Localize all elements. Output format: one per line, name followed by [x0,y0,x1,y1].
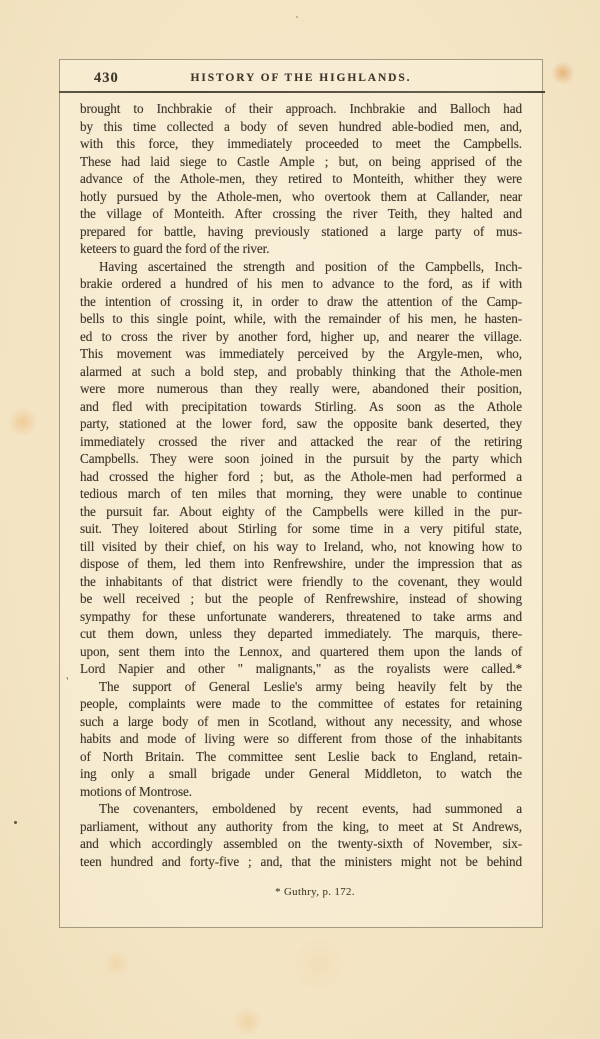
body-text: brought to Inchbrakie of their approach.… [80,100,522,870]
text-line: of North Britain. The committee sent Les… [80,748,522,766]
scanned-page: 430 HISTORY OF THE HIGHLANDS. brought to… [0,0,600,1039]
text-line: immediately crossed the river and attack… [80,433,522,451]
text-line: habits and mode of living were so differ… [80,730,522,748]
text-line: dispose of them, led them into Renfrewsh… [80,555,522,573]
paper-stain [290,935,348,993]
text-line: the inhabitants of that district were fr… [80,573,522,591]
text-line: ing only a small brigade under General M… [80,765,522,783]
text-line: and which accordingly assembled on the t… [80,835,522,853]
text-line: The support of General Leslie's army bei… [80,678,522,696]
ink-speck [296,16,298,18]
text-line: These had laid siege to Castle Ample ; b… [80,153,522,171]
running-header: 430 HISTORY OF THE HIGHLANDS. [60,69,542,89]
text-line: with this force, they immediately procee… [80,135,522,153]
footnote: * Guthry, p. 172. [60,886,542,898]
text-line: and fled with precipitation towards Stir… [80,398,522,416]
paper-stain [233,1007,262,1036]
running-title: HISTORY OF THE HIGHLANDS. [60,72,542,84]
text-line: suit. They loitered about Stirling for s… [80,520,522,538]
text-line: be well received ; but the people of Ren… [80,590,522,608]
text-line: sympathy for these unfortunate wanderers… [80,608,522,626]
text-line: parliament, without any authority from t… [80,818,522,836]
text-line: by this time collected a body of seven h… [80,118,522,136]
text-line: upon, sent them into the Lennox, and qua… [80,643,522,661]
text-line: cut them down, unless they departed imme… [80,625,522,643]
text-line: brought to Inchbrakie of their approach.… [80,100,522,118]
text-line: people, complaints were made to the comm… [80,695,522,713]
text-line: This movement was immediately perceived … [80,345,522,363]
paper-stain [552,61,574,85]
text-line: Lord Napier and other " malignants," as … [80,660,522,678]
text-line: the pursuit far. About eighty of the Cam… [80,503,522,521]
text-line: motions of Montrose. [80,783,522,801]
paper-stain [8,407,38,437]
text-line: alarmed at such a bold step, and probabl… [80,363,522,381]
page-frame: 430 HISTORY OF THE HIGHLANDS. brought to… [59,59,543,928]
paper-stain [103,950,130,977]
text-line: bells to this single point, while, with … [80,310,522,328]
text-line: hotly pursued by the Athole-men, who ove… [80,188,522,206]
ink-speck [14,821,17,824]
text-line: prepared for battle, having previously s… [80,223,522,241]
text-line: Campbells. They were soon joined in the … [80,450,522,468]
header-rule [59,91,545,93]
text-line: party, stationed at the lower ford, saw … [80,415,522,433]
text-line: Having ascertained the strength and posi… [80,258,522,276]
text-line: keteers to guard the ford of the river. [80,240,522,258]
text-line: the intention of crossing it, in order t… [80,293,522,311]
text-line: till visited by their chief, on his way … [80,538,522,556]
text-line: were more numerous than they really were… [80,380,522,398]
text-line: the village of Monteith. After crossing … [80,205,522,223]
text-line: such a large body of men in Scotland, wi… [80,713,522,731]
text-line: brakie ordered a hundred of his men to a… [80,275,522,293]
text-line: advance of the Athole-men, they retired … [80,170,522,188]
text-line: teen hundred and forty-five ; and, that … [80,853,522,871]
text-line: ed to cross the river by another ford, h… [80,328,522,346]
text-line: had crossed the higher ford ; but, as th… [80,468,522,486]
text-line: tedious march of ten miles that morning,… [80,485,522,503]
text-line: The covenanters, emboldened by recent ev… [80,800,522,818]
